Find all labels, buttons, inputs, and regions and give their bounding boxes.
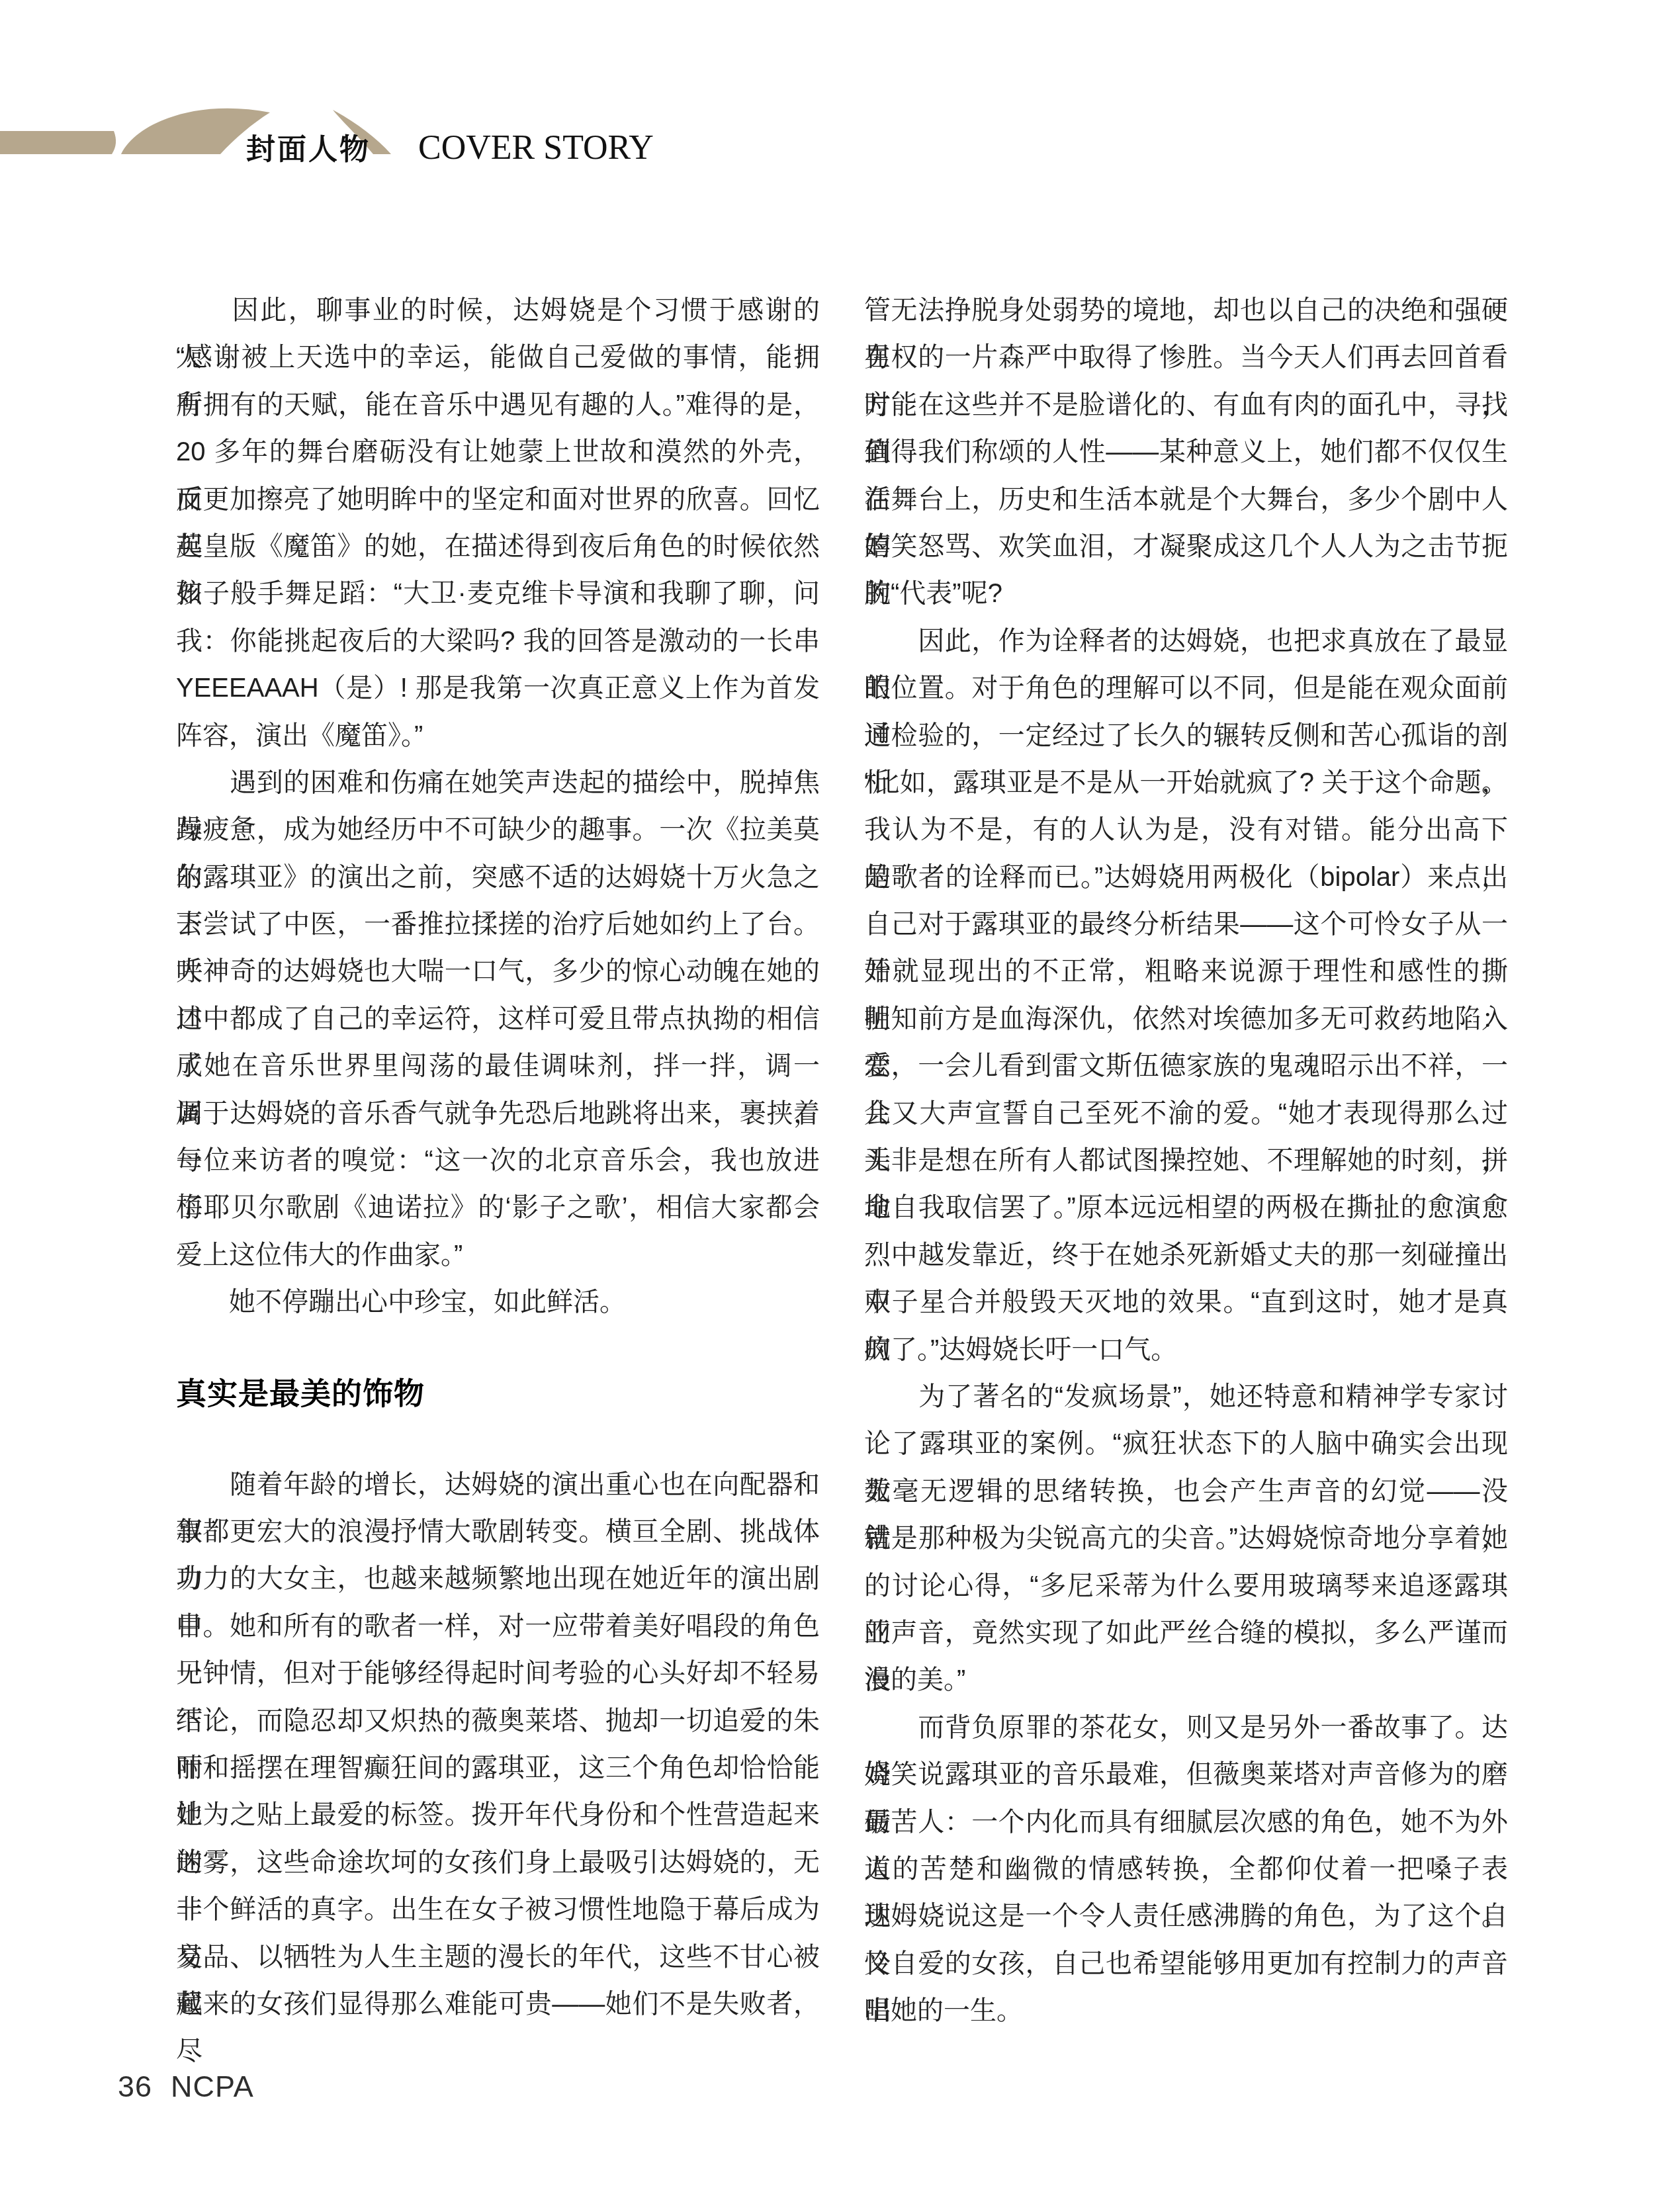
text-line: 述中都成了自己的幸运符，这样可爱且带点执拗的相信成 (176, 996, 820, 1043)
text-line: 管无法挣脱身处弱势的境地，却也以自己的决绝和强硬在 (864, 287, 1508, 334)
text-line: 过检验的，一定经过了长久的辗转反侧和苦心孤诣的剖析。 (864, 713, 1508, 760)
text-line: 的露琪亚》的演出之前，突感不适的达姆娆十万火急之下 (176, 854, 820, 901)
text-line: 男权的一片森严中取得了惨胜。当今天人们再去回首看时， (864, 334, 1508, 381)
text-line: 就是那种极为尖锐高亢的尖音。”达姆娆惊奇地分享着她 (864, 1515, 1508, 1562)
text-line: 疯了。”达姆娆长吁一口气。 (864, 1327, 1508, 1374)
page-footer: 36 NCPA (118, 2070, 254, 2104)
text-line: 结论，而隐忍却又炽热的薇奥莱塔、抛却一切追爱的朱丽 (176, 1698, 820, 1745)
text-line: 去尝试了中医，一番推拉揉搓的治疗后她如约上了台。大 (176, 901, 820, 948)
text-line: 数毫无逻辑的思绪转换，也会产生声音的幻觉——没错， (864, 1468, 1508, 1515)
text-line: 中子星合并般毁天灭地的效果。“直到这时，她才是真的 (864, 1279, 1508, 1326)
text-line: 始就显现出的不正常，粗略来说源于理性和感性的撕扯： (864, 948, 1508, 995)
text-line: 她为之贴上最爱的标签。拨开年代身份和个性营造起来的 (176, 1792, 820, 1839)
text-line: 迷雾，这些命途坎坷的女孩们身上最吸引达姆娆的，无非 (176, 1839, 820, 1886)
text-line: 自己对于露琪亚的最终分析结果——这个可怜女子从一开 (864, 901, 1508, 948)
text-line: 的讨论心得，“多尼采蒂为什么要用玻璃琴来追逐露琪亚 (864, 1563, 1508, 1610)
article-column-left: 因此，聊事业的时候，达姆娆是个习惯于感谢的人：“感谢被上天选中的幸运，能做自己爱… (176, 287, 820, 2028)
text-line: 起来的女孩们显得那么难能可贵——她们不是失败者，尽 (176, 1981, 820, 2028)
section-category-en: COVER STORY (418, 128, 654, 167)
article-column-right: 管无法挣脱身处弱势的境地，却也以自己的决绝和强硬在男权的一片森严中取得了惨胜。当… (864, 287, 1508, 2035)
text-line: 叶和摇摆在理智癫狂间的露琪亚，这三个角色却恰恰能让 (176, 1745, 820, 1792)
magazine-page: { "colors": { "brand_tan": "#b6a78d", "t… (0, 0, 1680, 2188)
text-line: 明知前方是血海深仇，依然对埃德加多无可救药地陷入爱 (864, 996, 1508, 1043)
text-line: 与疲惫，成为她经历中不可缺少的趣事。一次《拉美莫尔 (176, 807, 820, 853)
text-line: 的位置。对于角色的理解可以不同，但是能在观众面前通 (864, 665, 1508, 712)
text-line: 我认为不是，有的人认为是，没有对错。能分出高下的， (864, 807, 1508, 853)
text-line: 的“代表”呢? (864, 570, 1508, 617)
text-line: 遇到的困难和伤痛在她笑声迭起的描绘中，脱掉焦躁 (176, 760, 820, 807)
text-line: 一位来访者的嗅觉：“这一次的北京音乐会，我也放进了 (176, 1137, 820, 1184)
section-heading: 真实是最美的饰物 (176, 1370, 425, 1417)
text-line: 随着年龄的增长，达姆娆的演出重心也在向配器和叙 (176, 1462, 820, 1509)
text-line: 值得我们称颂的人性——某种意义上，她们都不仅仅生活 (864, 429, 1508, 476)
text-line: 阵容，演出《魔笛》。” (176, 713, 820, 760)
text-line: 我：你能挑起夜后的大梁吗? 我的回答是激动的一长串 (176, 618, 820, 665)
text-line: 20 多年的舞台磨砺没有让她蒙上世故和漠然的外壳，反 (176, 429, 820, 476)
text-line: 出她的一生。 (864, 1988, 1508, 2035)
text-line: 了她在音乐世界里闯荡的最佳调味剂，拌一拌，调一调， (176, 1043, 820, 1090)
text-line: 她不停蹦出心中珍宝，如此鲜活。 (176, 1279, 820, 1326)
text-line: 事都更宏大的浪漫抒情大歌剧转变。横亘全剧、挑战体力 (176, 1509, 820, 1555)
text-line: 见钟情，但对于能够经得起时间考验的心头好却不轻易下 (176, 1650, 820, 1697)
text-line: 功力的大女主，也越来越频繁地出现在她近年的演出剧目 (176, 1555, 820, 1602)
text-line: 孩子般手舞足蹈：“大卫·麦克维卡导演和我聊了聊，问 (176, 570, 820, 617)
text-line: 娆笑说露琪亚的音乐最难，但薇奥莱塔对声音修为的磨砺 (864, 1751, 1508, 1798)
text-line: 最苦人：一个内化而具有细腻层次感的角色，她不为外人 (864, 1799, 1508, 1846)
text-line: 呼神奇的达姆娆也大喘一口气，多少的惊心动魄在她的口 (176, 948, 820, 995)
brand-band-shape (0, 131, 116, 154)
text-line: 的声音，竟然实现了如此严丝合缝的模拟，多么严谨而浪 (864, 1610, 1508, 1657)
text-line: 英皇版《魔笛》的她，在描述得到夜后角色的时候依然如 (176, 523, 820, 570)
text-line: 方能在这些并不是脸谱化的、有血有肉的面孔中，寻找到 (864, 382, 1508, 429)
text-line: 一个鲜活的真字。出生在女子被习惯性地隐于幕后成为交 (176, 1886, 820, 1933)
text-line: 因此，作为诠释者的达姆娆，也把求真放在了最显眼 (864, 618, 1508, 665)
text-line: 嬉笑怒骂、欢笑血泪，才凝聚成这几个人人为之击节扼腕 (864, 523, 1508, 570)
text-line: 中。她和所有的歌者一样，对一应带着美好唱段的角色一 (176, 1603, 820, 1650)
text-line: 而背负原罪的茶花女，则又是另外一番故事了。达姆 (864, 1704, 1508, 1751)
section-category-cn: 封面人物 (246, 126, 371, 168)
text-line: 所拥有的天赋，能在音乐中遇见有趣的人。”难得的是， (176, 382, 820, 429)
text-line: 论了露琪亚的案例。“疯狂状态下的人脑中确实会出现无 (864, 1421, 1508, 1467)
text-line: 漫的美。” (864, 1657, 1508, 1704)
text-line: 地自我取信罢了。”原本远远相望的两极在撕扯的愈演愈 (864, 1184, 1508, 1231)
text-line: 无非是想在所有人都试图操控她、不理解她的时刻，拼命 (864, 1137, 1508, 1184)
text-line: 恋，一会儿看到雷文斯伍德家族的鬼魂昭示出不祥，一会 (864, 1043, 1508, 1090)
text-line: 在舞台上，历史和生活本就是个大舞台，多少个剧中人的 (864, 476, 1508, 523)
text-line: 梅耶贝尔歌剧《迪诺拉》的‘影子之歌’，相信大家都会 (176, 1184, 820, 1231)
text-line: 儿又大声宣誓自己至死不渝的爱。“她才表现得那么过头， (864, 1090, 1508, 1137)
text-line: “感谢被上天选中的幸运，能做自己爱做的事情，能拥有 (176, 334, 820, 381)
text-line: 而更加擦亮了她明眸中的坚定和面对世界的欣喜。回忆起 (176, 476, 820, 523)
text-line: 达姆娆说这是一个令人责任感沸腾的角色，为了这个自怜 (864, 1893, 1508, 1940)
text-line: 道的苦楚和幽微的情感转换，全都仰仗着一把嗓子表现。 (864, 1846, 1508, 1893)
text-line: 是歌者的诠释而已。”达姆娆用两极化（bipolar）来点出 (864, 854, 1508, 901)
text-line: 为了著名的“发疯场景”，她还特意和精神学专家讨 (864, 1374, 1508, 1421)
text-line: YEEEAAAH（是）! 那是我第一次真正意义上作为首发 (176, 665, 820, 712)
magazine-name: NCPA (171, 2070, 254, 2104)
page-number: 36 (118, 2070, 152, 2104)
text-line: 属于达姆娆的音乐香气就争先恐后地跳将出来，裹挟着每 (176, 1090, 820, 1137)
text-line: 烈中越发靠近，终于在她杀死新婚丈夫的那一刻碰撞出双 (864, 1232, 1508, 1279)
text-line: 易品、以牺牲为人生主题的漫长的年代，这些不甘心被藏 (176, 1934, 820, 1981)
text-line: 因此，聊事业的时候，达姆娆是个习惯于感谢的人： (176, 287, 820, 334)
text-line: “比如，露琪亚是不是从一开始就疯了? 关于这个命题， (864, 760, 1508, 807)
text-line: 又自爱的女孩，自己也希望能够用更加有控制力的声音唱 (864, 1941, 1508, 1988)
section-heading-block: 真实是最美的饰物 (176, 1327, 820, 1462)
text-line: 爱上这位伟大的作曲家。” (176, 1232, 820, 1279)
